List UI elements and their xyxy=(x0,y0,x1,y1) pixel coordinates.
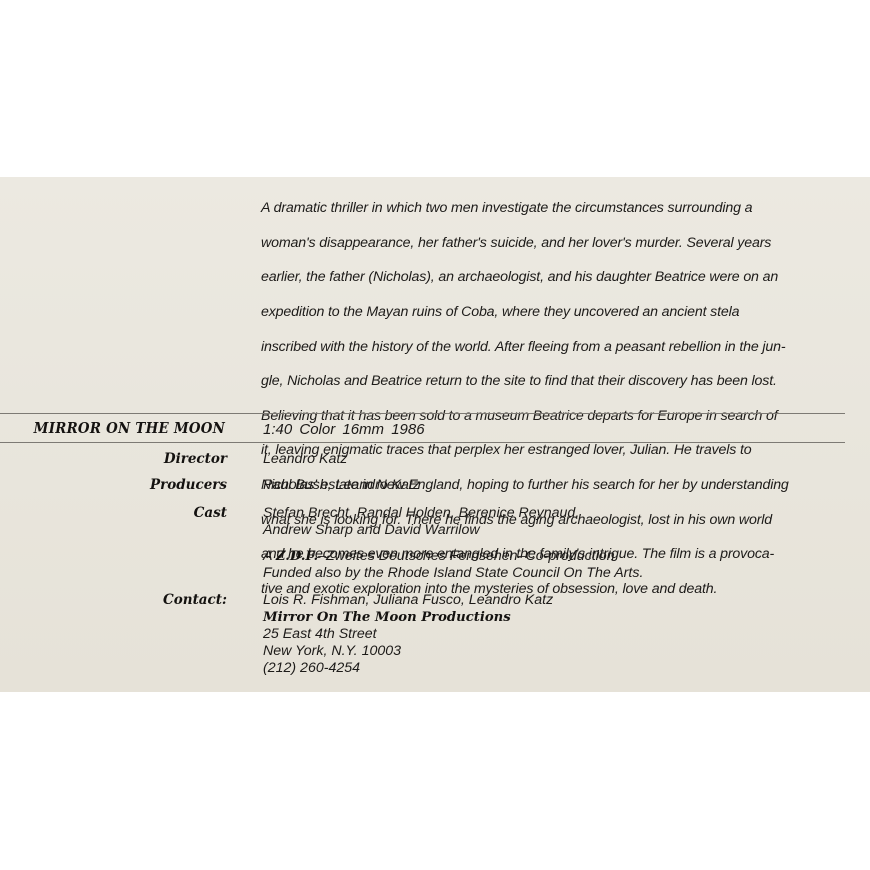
synopsis-line: earlier, the father (Nicholas), an archa… xyxy=(261,269,841,286)
film-title-row: MIRROR ON THE MOON 1:40 Color 16mm 1986 xyxy=(0,420,845,442)
contact-names: Lois R. Fishman, Juliana Fusco, Leandro … xyxy=(263,592,843,609)
synopsis-line: A dramatic thriller in which two men inv… xyxy=(261,200,841,217)
coproduction-suffix: –Zweites Deutsches Fernsehen–Co-producti… xyxy=(318,548,615,564)
coproduction-line: A Z.D.F.–Zweites Deutsches Fernsehen–Co-… xyxy=(263,548,843,565)
synopsis-line: expedition to the Mayan ruins of Coba, w… xyxy=(261,304,841,321)
contact-company: Mirror On The Moon Productions xyxy=(263,609,843,626)
cast-value: Stefan Brecht, Randal Holden, Berenice R… xyxy=(263,505,843,539)
coproduction-prefix: A xyxy=(263,548,276,564)
cast-label: Cast xyxy=(194,505,227,521)
synopsis-line: gle, Nicholas and Beatrice return to the… xyxy=(261,373,841,390)
divider-bottom xyxy=(0,442,845,443)
director-label: Director xyxy=(164,451,227,467)
director-value: Leandro Katz xyxy=(263,451,843,468)
synopsis-line: woman's disappearance, her father's suic… xyxy=(261,235,841,252)
film-title: MIRROR ON THE MOON xyxy=(33,420,225,437)
contact-phone: (212) 260-4254 xyxy=(263,660,843,677)
contact-city: New York, N.Y. 10003 xyxy=(263,643,843,660)
contact-street: 25 East 4th Street xyxy=(263,626,843,643)
contact-value: Lois R. Fishman, Juliana Fusco, Leandro … xyxy=(263,592,843,677)
coproduction-value: A Z.D.F.–Zweites Deutsches Fernsehen–Co-… xyxy=(263,548,843,582)
cast-line: Stefan Brecht, Randal Holden, Berenice R… xyxy=(263,505,843,522)
divider-top xyxy=(0,413,845,414)
coproduction-org: Z.D.F. xyxy=(276,549,318,564)
contact-label: Contact: xyxy=(163,592,227,608)
cast-line: Andrew Sharp and David Warrilow xyxy=(263,522,843,539)
film-specs: 1:40 Color 16mm 1986 xyxy=(263,421,425,438)
funding-line: Funded also by the Rhode Island State Co… xyxy=(263,565,843,582)
synopsis-line: inscribed with the history of the world.… xyxy=(261,339,841,356)
producers-label: Producers xyxy=(150,477,227,493)
producers-value: Paul Bush, Leandro Katz xyxy=(263,477,843,494)
page: A dramatic thriller in which two men inv… xyxy=(0,0,870,870)
